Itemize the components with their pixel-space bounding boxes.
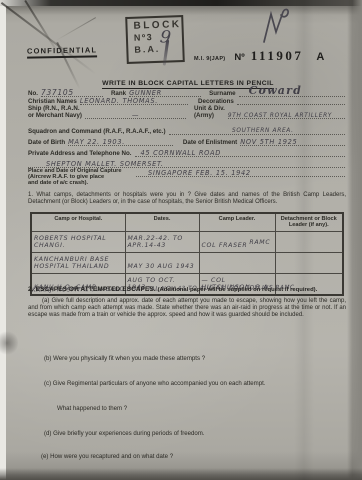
form-row-squadron: Squadron and Command (R.A.F., R.A.A.F., … bbox=[28, 126, 345, 135]
camp-dates: MAY 30 AUG 1943 bbox=[128, 263, 195, 270]
block-stamp-line2: Nº3 bbox=[134, 31, 182, 43]
serial-number: 111907 bbox=[251, 48, 304, 64]
detachment-cell bbox=[275, 231, 343, 252]
question-2c-text: (c) Give Regimental particulars of anyon… bbox=[44, 380, 266, 387]
number-sign: Nº bbox=[234, 52, 244, 63]
question-2a-text: (a) Give full description and approx. da… bbox=[28, 298, 346, 319]
field-squadron-value-line bbox=[169, 126, 345, 135]
question-2e-text: (e) How were you recaptured and on what … bbox=[41, 453, 173, 460]
field-decorations-label: Decorations bbox=[198, 98, 234, 105]
question-2b-text: (b) Were you physically fit when you mad… bbox=[44, 355, 205, 362]
field-christian-names-value: LEONARD. THOMAS. bbox=[80, 97, 158, 105]
question-2-note: (Additional paper will be supplied on re… bbox=[158, 287, 318, 293]
field-enlistment-value: NOV 5TH 1925 bbox=[240, 138, 297, 146]
camp-cell: ROBERTS HOSPITAL CHANGI. bbox=[31, 231, 125, 252]
field-dob-value: MAY 22. 1903. bbox=[68, 138, 125, 146]
question-2-title: 2. ESCAPES OR ATTEMPTED ESCAPES. bbox=[28, 286, 156, 293]
crease-mark bbox=[56, 17, 96, 41]
leader-cell: COL FRASERRAMC bbox=[199, 231, 275, 252]
camp-name: ROBERTS HOSPITAL CHANGI. bbox=[34, 235, 106, 249]
field-enlistment-value-line: NOV 5TH 1925 bbox=[240, 137, 345, 146]
form-row-address: Private Address and Telephone No. 45 COR… bbox=[28, 148, 345, 157]
form-row-unit: Unit & Div. (Army) 9TH COAST ROYAL ARTIL… bbox=[194, 106, 345, 119]
field-decorations-value-line bbox=[237, 96, 345, 105]
form-row-dates: Date of Birth MAY 22. 1903. Date of Enli… bbox=[28, 137, 345, 146]
field-address-value-line: 45 CORNWALL ROAD bbox=[135, 148, 346, 157]
field-christian-names-label: Christian Names bbox=[28, 98, 77, 105]
camp-leader-note: RAMC bbox=[249, 239, 270, 246]
column-header-camp: Camp or Hospital. bbox=[31, 213, 125, 231]
question-1-text: 1. What camps, detachments or hospitals … bbox=[28, 192, 346, 206]
question-2c-followup-text: What happened to them ? bbox=[57, 405, 127, 412]
field-unit-label: Unit & Div. (Army) bbox=[194, 106, 225, 119]
block-number-stamp: BLOCK Nº3 B.A. 9 bbox=[125, 15, 185, 64]
form-row-names: Christian Names LEONARD. THOMAS. Decorat… bbox=[28, 96, 345, 105]
field-dob-value-line: MAY 22. 1903. bbox=[68, 137, 173, 146]
form-row-identity: No. 737105 Rank GUNNER Surname Coward bbox=[28, 83, 345, 97]
series-letter: A bbox=[316, 51, 324, 63]
column-header-detachment: Detachment or Block Leader (if any). bbox=[275, 213, 343, 231]
field-ship-value-line: — bbox=[85, 110, 186, 119]
ink-smudge bbox=[0, 330, 18, 356]
camps-table-row: KANCHANBURI BASE HOSPITAL THAILAND MAY 3… bbox=[31, 252, 343, 273]
camp-name: KANCHANBURI BASE HOSPITAL THAILAND bbox=[34, 256, 109, 270]
field-address-value2-line: SHEPTON MALLET. SOMERSET. bbox=[28, 159, 345, 168]
field-unit-value-line: 9TH COAST ROYAL ARTILLERY bbox=[228, 110, 345, 119]
field-address-label: Private Address and Telephone No. bbox=[28, 150, 132, 157]
field-enlistment-label: Date of Enlistment bbox=[183, 139, 237, 146]
camps-table-header-row: Camp or Hospital. Dates. Camp Leader. De… bbox=[31, 213, 343, 231]
dates-cell: MAY 30 AUG 1943 bbox=[125, 252, 199, 273]
field-capture-value: SINGAPORE FEB. 15. 1942 bbox=[148, 169, 251, 177]
column-header-dates: Dates. bbox=[125, 213, 199, 231]
camp-dates: MAR.22-42. TO APR.14-43 bbox=[128, 235, 184, 249]
scanned-pow-questionnaire-page: CONFIDENTIAL BLOCK Nº3 B.A. 9 M.I. 9(JAP… bbox=[0, 0, 362, 480]
form-reference-number: M.I. 9(JAP) Nº 111907 A bbox=[194, 48, 324, 64]
dates-cell: MAR.22-42. TO APR.14-43 bbox=[125, 231, 199, 252]
mi9-office-label: M.I. 9(JAP) bbox=[194, 56, 225, 62]
camp-cell: KANCHANBURI BASE HOSPITAL THAILAND bbox=[31, 252, 125, 273]
field-ship-label: Ship (R.N., R.A.N. or Merchant Navy) bbox=[28, 106, 82, 119]
form-row-ship: Ship (R.N., R.A.N. or Merchant Navy) — bbox=[28, 106, 186, 119]
field-squadron-label: Squadron and Command (R.A.F., R.A.A.F., … bbox=[28, 128, 166, 135]
field-ship-value: — bbox=[132, 111, 139, 119]
question-2d-text: (d) Give briefly your experiences during… bbox=[44, 430, 205, 437]
field-christian-names-value-line: LEONARD. THOMAS. bbox=[80, 96, 188, 105]
page-right-shadow bbox=[347, 0, 362, 480]
block-stamp-line1: BLOCK bbox=[133, 19, 181, 32]
handwritten-initials-mark bbox=[256, 4, 308, 48]
field-address-value: 45 CORNWALL ROAD bbox=[141, 149, 222, 157]
field-capture-label-block: Place and Date of Original Capture (Airc… bbox=[28, 168, 136, 187]
field-surname-value-line: Coward bbox=[239, 83, 345, 97]
field-address-value2: SHEPTON MALLET. SOMERSET. bbox=[46, 160, 164, 168]
camp-leader: COL FRASER bbox=[202, 242, 248, 249]
scanner-edge-left bbox=[0, 0, 6, 480]
column-header-leader: Camp Leader. bbox=[199, 213, 275, 231]
leader-cell bbox=[199, 252, 275, 273]
confidential-stamp: CONFIDENTIAL bbox=[27, 45, 97, 58]
form-row-address2: SHEPTON MALLET. SOMERSET. bbox=[28, 159, 345, 168]
field-capture-value-line: SINGAPORE FEB. 15. 1942 bbox=[136, 168, 345, 177]
detachment-cell bbox=[275, 252, 343, 273]
field-capture-label: Place and Date of Original Capture (Airc… bbox=[28, 168, 136, 187]
form-row-capture: SINGAPORE FEB. 15. 1942 bbox=[136, 168, 345, 177]
question-2-heading: 2. ESCAPES OR ATTEMPTED ESCAPES. (Additi… bbox=[28, 286, 348, 293]
field-dob-label: Date of Birth bbox=[28, 139, 65, 146]
camps-table-row: ROBERTS HOSPITAL CHANGI. MAR.22-42. TO A… bbox=[31, 231, 343, 252]
